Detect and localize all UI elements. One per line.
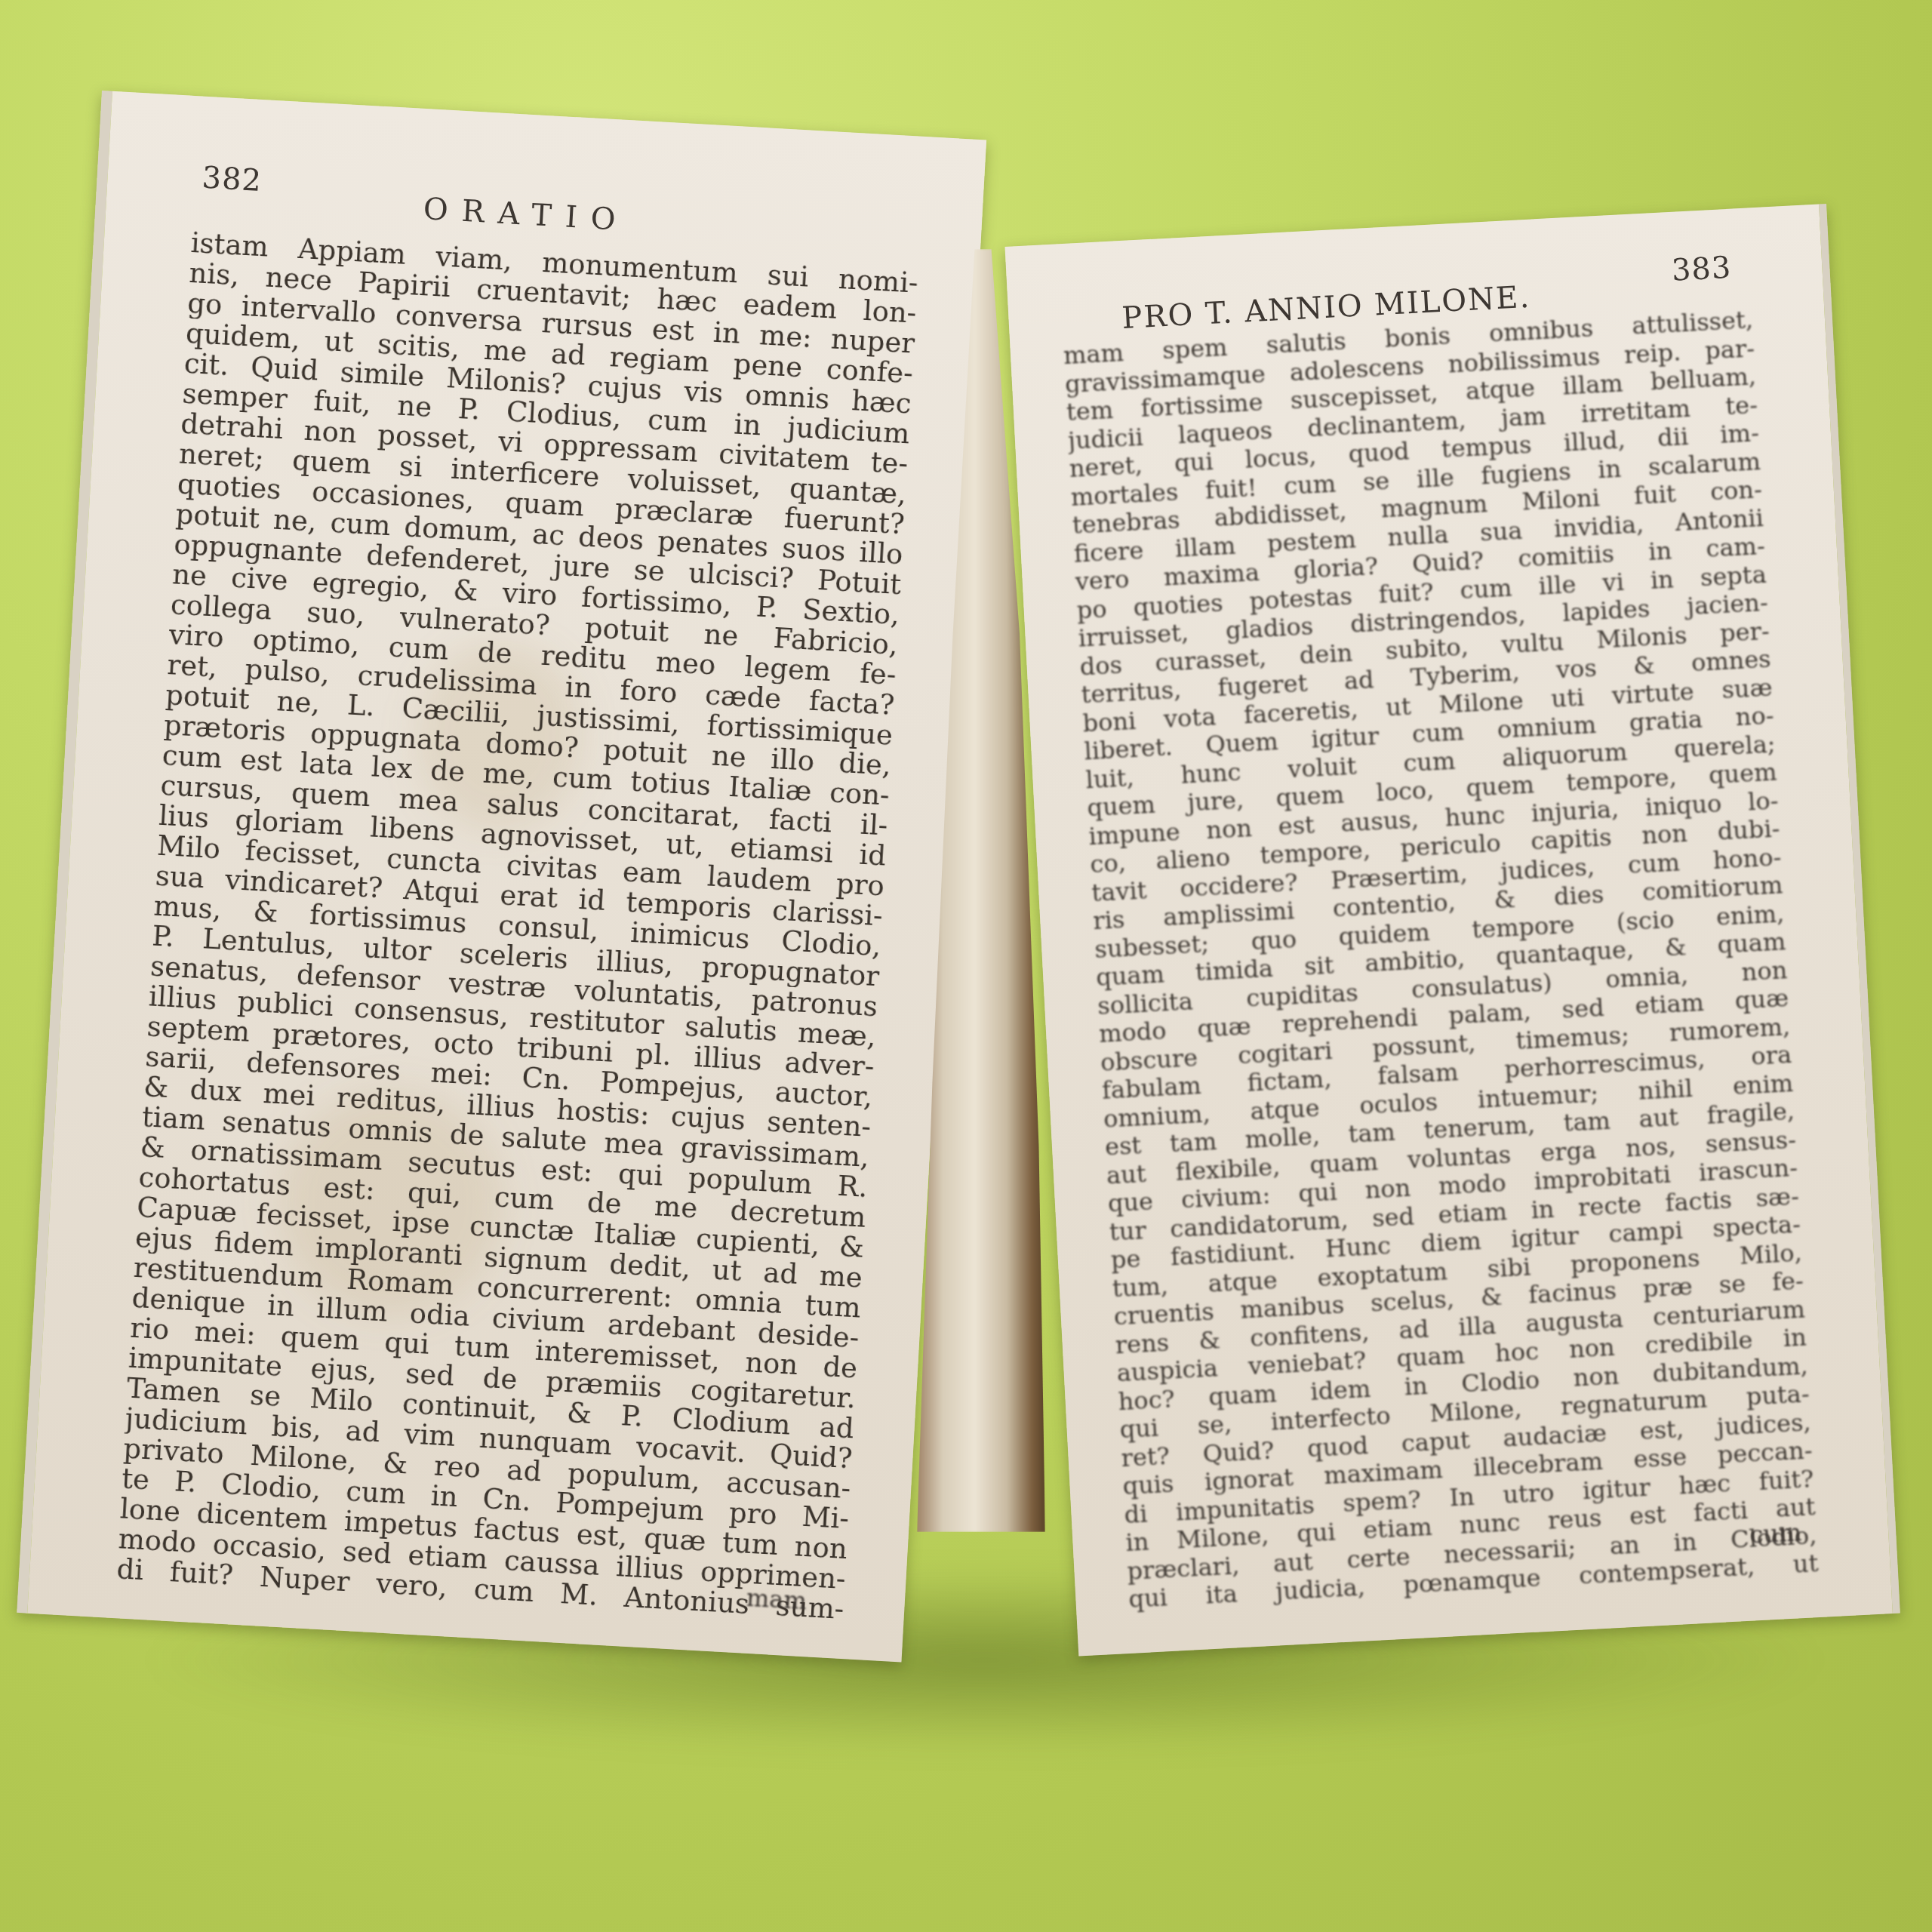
running-head: ORATIO (423, 192, 630, 238)
page-number: 382 (201, 161, 263, 198)
body-text: mam spem salutis bonis omnibus attulisse… (1063, 306, 1819, 1614)
catchword: cum (1749, 1518, 1802, 1549)
body-text: istam Appiam viam, monumentum sui nomi-n… (116, 228, 919, 1625)
right-page: PRO T. ANNIO MILONE. 383 mam spem saluti… (1004, 204, 1900, 1656)
page-number: 383 (1671, 251, 1733, 288)
left-page: 382 ORATIO istam Appiam viam, monumentum… (17, 91, 986, 1662)
catchword: mam (746, 1583, 808, 1615)
